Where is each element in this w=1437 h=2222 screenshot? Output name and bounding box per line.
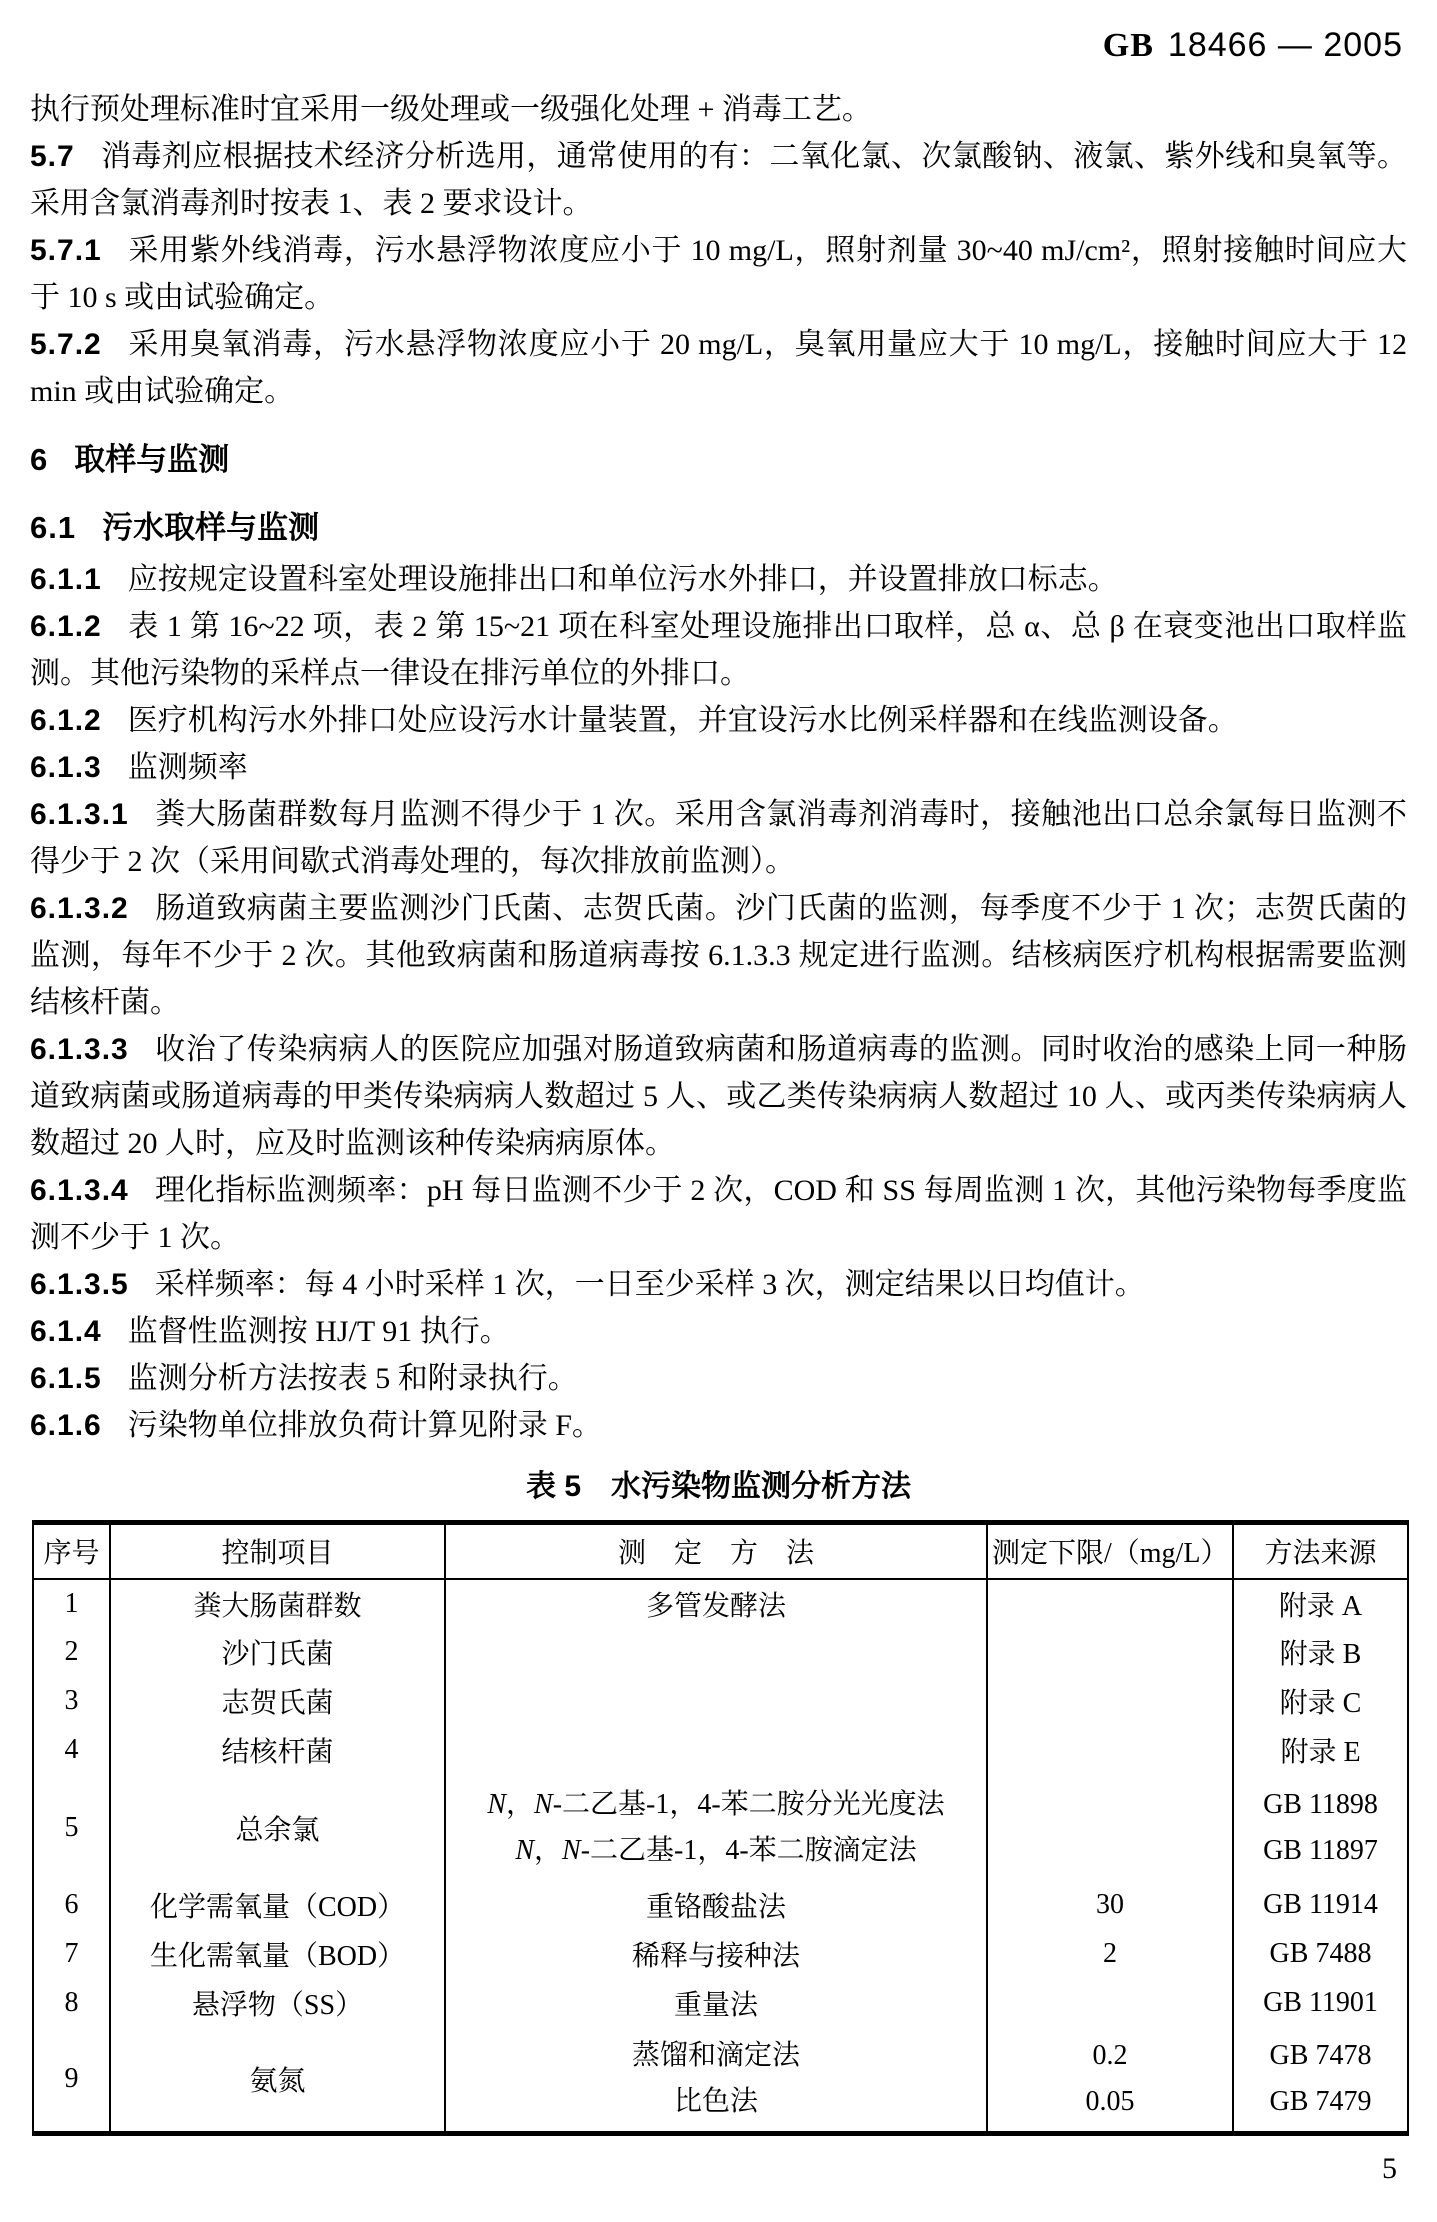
clause-text: 采样频率：每 4 小时采样 1 次，一日至少采样 3 次，测定结果以日均值计。 (155, 1268, 1145, 1301)
cell-detection-limit (987, 1628, 1233, 1677)
document-content: 执行预处理标准时宜采用一级处理或一级强化处理 + 消毒工艺。5.7消毒剂应根据技… (30, 86, 1407, 2136)
clause-text: 理化指标监测频率：pH 每日监测不少于 2 次，COD 和 SS 每周监测 1 … (30, 1174, 1407, 1254)
cell-detection-limit (987, 1979, 1233, 2028)
cell-serial-number: 5 (33, 1775, 110, 1881)
cell-control-item: 结核杆菌 (110, 1726, 445, 1775)
cell-method-source-line: GB 11898 (1238, 1782, 1403, 1828)
cell-method: 重铬酸盐法 (445, 1881, 987, 1930)
clause-number: 6.1.3.5 (30, 1268, 129, 1301)
cell-method-line: 蒸馏和滴定法 (450, 2033, 982, 2079)
clause-number: 6.1.4 (30, 1315, 102, 1348)
standard-code-prefix: GB (1103, 27, 1154, 64)
cell-control-item: 化学需氧量（COD） (110, 1881, 445, 1930)
cell-detection-limit (987, 1677, 1233, 1726)
clause-number: 5.7.1 (30, 234, 102, 267)
cell-detection-limit (987, 1775, 1233, 1881)
clause-number: 6.1.2 (30, 704, 102, 737)
clause-number: 6 (30, 442, 48, 477)
clause-number: 6.1.2 (30, 610, 102, 643)
cell-serial-number: 9 (33, 2028, 110, 2134)
cell-detection-limit: 30 (987, 1881, 1233, 1930)
cell-serial-number: 4 (33, 1726, 110, 1775)
clause-number: 6.1.3.2 (30, 892, 129, 925)
document-page: GB18466 — 2005 执行预处理标准时宜采用一级处理或一级强化处理 + … (0, 0, 1437, 2222)
table-header-row: 序号控制项目测 定 方 法测定下限/（mg/L）方法来源 (33, 1523, 1408, 1579)
cell-control-item: 总余氯 (110, 1775, 445, 1881)
cell-serial-number: 2 (33, 1628, 110, 1677)
cell-detection-limit (987, 1726, 1233, 1775)
cell-serial-number: 1 (33, 1579, 110, 1628)
cell-method-source-line: GB 7478 (1238, 2033, 1403, 2079)
column-header: 控制项目 (110, 1523, 445, 1579)
section-heading: 6.1污水取样与监测 (30, 504, 1407, 551)
clause-text: 污染物单位排放负荷计算见附录 F。 (128, 1409, 602, 1442)
column-header: 测 定 方 法 (445, 1523, 987, 1579)
cell-control-item: 悬浮物（SS） (110, 1979, 445, 2028)
cell-detection-limit (987, 1579, 1233, 1628)
section-heading: 6取样与监测 (30, 436, 1407, 483)
table-row: 2沙门氏菌附录 B (33, 1628, 1408, 1677)
table-row: 9氨氮蒸馏和滴定法比色法0.20.05GB 7478GB 7479 (33, 2028, 1408, 2134)
table-row: 5总余氯N，N-二乙基-1，4-苯二胺分光光度法N，N-二乙基-1，4-苯二胺滴… (33, 1775, 1408, 1881)
clause-text: 应按规定设置科室处理设施排出口和单位污水外排口，并设置排放口标志。 (128, 563, 1118, 596)
cell-method: 重量法 (445, 1979, 987, 2028)
column-header: 方法来源 (1233, 1523, 1408, 1579)
cell-method (445, 1628, 987, 1677)
cell-control-item: 志贺氏菌 (110, 1677, 445, 1726)
clause-paragraph: 6.1.3.5采样频率：每 4 小时采样 1 次，一日至少采样 3 次，测定结果… (30, 1261, 1407, 1308)
table-row: 8悬浮物（SS）重量法GB 11901 (33, 1979, 1408, 2028)
cell-method-line: N，N-二乙基-1，4-苯二胺分光光度法 (450, 1782, 982, 1828)
cell-method-source: GB 7478GB 7479 (1233, 2028, 1408, 2134)
table-5-water-pollutant-monitoring-methods: 序号控制项目测 定 方 法测定下限/（mg/L）方法来源 1粪大肠菌群数多管发酵… (32, 1520, 1409, 2136)
clause-number: 5.7 (30, 140, 75, 173)
cell-detection-limit: 0.20.05 (987, 2028, 1233, 2134)
standard-code-number: 18466 — 2005 (1168, 26, 1403, 64)
cell-method-line: 比色法 (450, 2079, 982, 2125)
clause-text: 粪大肠菌群数每月监测不得少于 1 次。采用含氯消毒剂消毒时，接触池出口总余氯每日… (30, 798, 1407, 878)
clause-number: 6.1.3.1 (30, 798, 129, 831)
cell-serial-number: 6 (33, 1881, 110, 1930)
cell-method (445, 1726, 987, 1775)
column-header: 序号 (33, 1523, 110, 1579)
clause-text: 表 1 第 16~22 项，表 2 第 15~21 项在科室处理设施排出口取样，… (30, 610, 1407, 690)
table-row: 4结核杆菌附录 E (33, 1726, 1408, 1775)
cell-detection-limit: 2 (987, 1930, 1233, 1979)
clause-paragraph: 6.1.3监测频率 (30, 744, 1407, 791)
clause-text: 采用紫外线消毒，污水悬浮物浓度应小于 10 mg/L，照射剂量 30~40 mJ… (30, 234, 1407, 314)
clause-paragraph: 5.7消毒剂应根据技术经济分析选用，通常使用的有：二氧化氯、次氯酸钠、液氯、紫外… (30, 133, 1407, 227)
cell-method: 蒸馏和滴定法比色法 (445, 2028, 987, 2134)
clause-text: 监测分析方法按表 5 和附录执行。 (128, 1362, 578, 1395)
cell-method-source-line: GB 7479 (1238, 2079, 1403, 2125)
clause-number: 6.1.3.4 (30, 1174, 129, 1207)
cell-serial-number: 7 (33, 1930, 110, 1979)
clause-number: 6.1.1 (30, 563, 102, 596)
clause-text: 监督性监测按 HJ/T 91 执行。 (128, 1315, 510, 1348)
clause-text: 消毒剂应根据技术经济分析选用，通常使用的有：二氧化氯、次氯酸钠、液氯、紫外线和臭… (30, 140, 1407, 220)
clause-paragraph: 6.1.3.3收治了传染病病人的医院应加强对肠道致病菌和肠道病毒的监测。同时收治… (30, 1026, 1407, 1167)
cell-method-source: 附录 B (1233, 1628, 1408, 1677)
table-row: 7生化需氧量（BOD）稀释与接种法2GB 7488 (33, 1930, 1408, 1979)
clause-text: 肠道致病菌主要监测沙门氏菌、志贺氏菌。沙门氏菌的监测，每季度不少于 1 次；志贺… (30, 892, 1407, 1019)
clause-number: 5.7.2 (30, 328, 102, 361)
clause-paragraph: 6.1.5监测分析方法按表 5 和附录执行。 (30, 1355, 1407, 1402)
clauses-section: 执行预处理标准时宜采用一级处理或一级强化处理 + 消毒工艺。5.7消毒剂应根据技… (30, 86, 1407, 1449)
cell-method-source: 附录 A (1233, 1579, 1408, 1628)
clause-number: 6.1.3.3 (30, 1033, 129, 1066)
cell-method-source: 附录 C (1233, 1677, 1408, 1726)
clause-paragraph: 执行预处理标准时宜采用一级处理或一级强化处理 + 消毒工艺。 (30, 86, 1407, 133)
table-row: 6化学需氧量（COD）重铬酸盐法30GB 11914 (33, 1881, 1408, 1930)
clause-number: 6.1.3 (30, 751, 102, 784)
clause-paragraph: 6.1.3.1粪大肠菌群数每月监测不得少于 1 次。采用含氯消毒剂消毒时，接触池… (30, 791, 1407, 885)
clause-paragraph: 6.1.3.4理化指标监测频率：pH 每日监测不少于 2 次，COD 和 SS … (30, 1167, 1407, 1261)
clause-text: 医疗机构污水外排口处应设污水计量装置，并宜设污水比例采样器和在线监测设备。 (128, 704, 1238, 737)
table-title: 表 5 水污染物监测分析方法 (30, 1463, 1407, 1510)
cell-method (445, 1677, 987, 1726)
clause-text: 监测频率 (128, 751, 248, 784)
cell-serial-number: 8 (33, 1979, 110, 2028)
clause-paragraph: 6.1.6污染物单位排放负荷计算见附录 F。 (30, 1402, 1407, 1449)
column-header: 测定下限/（mg/L） (987, 1523, 1233, 1579)
clause-text: 污水取样与监测 (102, 510, 319, 545)
clause-text: 采用臭氧消毒，污水悬浮物浓度应小于 20 mg/L，臭氧用量应大于 10 mg/… (30, 328, 1407, 408)
cell-method-source: GB 11901 (1233, 1979, 1408, 2028)
cell-control-item: 生化需氧量（BOD） (110, 1930, 445, 1979)
clause-number: 6.1.5 (30, 1362, 102, 1395)
table-row: 1粪大肠菌群数多管发酵法附录 A (33, 1579, 1408, 1628)
standard-code-header: GB18466 — 2005 (1103, 26, 1403, 65)
table-header-row: 序号控制项目测 定 方 法测定下限/（mg/L）方法来源 (33, 1523, 1408, 1579)
clause-paragraph: 5.7.2采用臭氧消毒，污水悬浮物浓度应小于 20 mg/L，臭氧用量应大于 1… (30, 321, 1407, 415)
cell-detection-limit-line: 0.2 (992, 2033, 1228, 2079)
cell-method: N，N-二乙基-1，4-苯二胺分光光度法N，N-二乙基-1，4-苯二胺滴定法 (445, 1775, 987, 1881)
cell-detection-limit-line: 0.05 (992, 2079, 1228, 2125)
cell-control-item: 粪大肠菌群数 (110, 1579, 445, 1628)
clause-paragraph: 6.1.1应按规定设置科室处理设施排出口和单位污水外排口，并设置排放口标志。 (30, 556, 1407, 603)
page-number: 5 (1382, 2152, 1397, 2186)
cell-method-source-line: GB 11897 (1238, 1828, 1403, 1874)
table-row: 3志贺氏菌附录 C (33, 1677, 1408, 1726)
clause-paragraph: 6.1.2医疗机构污水外排口处应设污水计量装置，并宜设污水比例采样器和在线监测设… (30, 697, 1407, 744)
clause-paragraph: 6.1.3.2肠道致病菌主要监测沙门氏菌、志贺氏菌。沙门氏菌的监测，每季度不少于… (30, 885, 1407, 1026)
clause-text: 执行预处理标准时宜采用一级处理或一级强化处理 + 消毒工艺。 (30, 93, 872, 126)
cell-method: 稀释与接种法 (445, 1930, 987, 1979)
clause-paragraph: 6.1.4监督性监测按 HJ/T 91 执行。 (30, 1308, 1407, 1355)
clause-number: 6.1 (30, 510, 76, 545)
clause-paragraph: 6.1.2表 1 第 16~22 项，表 2 第 15~21 项在科室处理设施排… (30, 603, 1407, 697)
cell-control-item: 氨氮 (110, 2028, 445, 2134)
clause-text: 收治了传染病病人的医院应加强对肠道致病菌和肠道病毒的监测。同时收治的感染上同一种… (30, 1033, 1407, 1160)
table-body: 1粪大肠菌群数多管发酵法附录 A2沙门氏菌附录 B3志贺氏菌附录 C4结核杆菌附… (33, 1579, 1408, 2134)
cell-method-source: 附录 E (1233, 1726, 1408, 1775)
cell-method-source: GB 7488 (1233, 1930, 1408, 1979)
clause-paragraph: 5.7.1采用紫外线消毒，污水悬浮物浓度应小于 10 mg/L，照射剂量 30~… (30, 227, 1407, 321)
cell-method: 多管发酵法 (445, 1579, 987, 1628)
cell-method-line: N，N-二乙基-1，4-苯二胺滴定法 (450, 1828, 982, 1874)
cell-method-source: GB 11898GB 11897 (1233, 1775, 1408, 1881)
cell-serial-number: 3 (33, 1677, 110, 1726)
cell-control-item: 沙门氏菌 (110, 1628, 445, 1677)
cell-method-source: GB 11914 (1233, 1881, 1408, 1930)
clause-text: 取样与监测 (74, 442, 229, 477)
clause-number: 6.1.6 (30, 1409, 102, 1442)
